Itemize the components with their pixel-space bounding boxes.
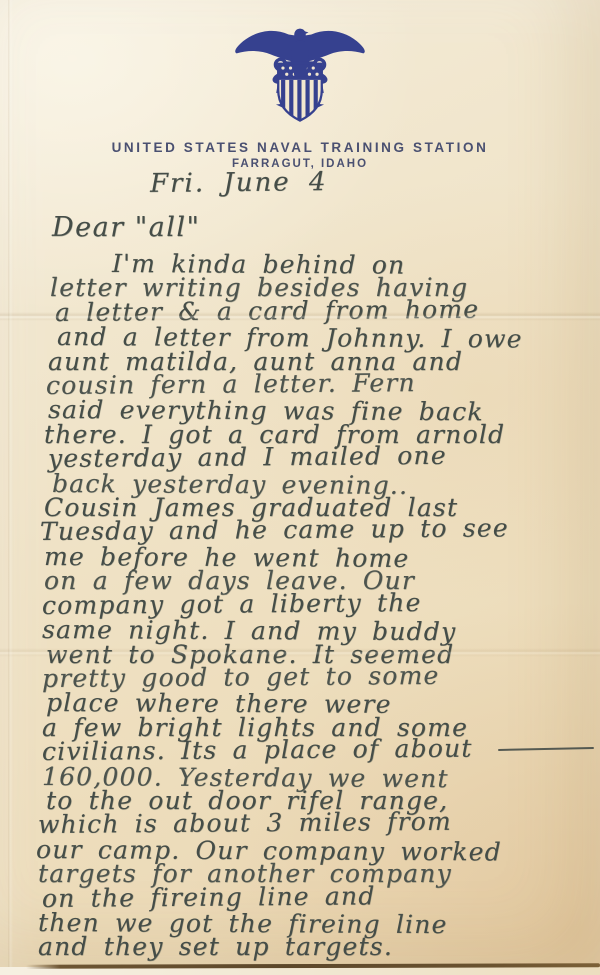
letter-line: said everything was fine back — [48, 398, 600, 425]
letter-line: which is about 3 miles from — [38, 809, 600, 838]
letter-line: same night. I and my buddy — [42, 618, 600, 645]
letter-line: back yesterday evening.. — [52, 472, 600, 499]
scan-bottom-strip — [0, 967, 600, 975]
letter-page: UNITED STATES NAVAL TRAINING STATION FAR… — [0, 0, 600, 975]
letter-line: then we got the fireing line — [38, 911, 600, 938]
letterhead: UNITED STATES NAVAL TRAINING STATION FAR… — [0, 22, 600, 170]
letter-line: our camp. Our company worked — [36, 838, 600, 865]
letter-body: I'm kinda behind on letter writing besid… — [0, 252, 600, 960]
letter-line: and a letter from Johnny. I owe — [57, 325, 600, 352]
salutation: Dear "all" — [52, 212, 200, 243]
letter-line: I'm kinda behind on — [112, 252, 600, 279]
letter-line: me before he went home — [44, 545, 600, 572]
letterhead-station-name: UNITED STATES NAVAL TRAINING STATION — [0, 140, 600, 155]
letter-line: a letter & a card from home — [55, 297, 600, 326]
letter-line: pretty good to get to some — [42, 663, 600, 692]
letter-line: 160,000. Yesterday we went — [42, 765, 600, 792]
letter-line: company got a liberty the — [42, 589, 600, 618]
navy-eagle-shield-anchors-emblem-icon — [0, 22, 600, 134]
letter-line: place where there were — [46, 691, 600, 718]
letter-line: on the fireing line and — [42, 882, 600, 911]
letter-line: yesterday and I mailed one — [48, 443, 600, 472]
handwritten-date: Fri. June 4 — [150, 167, 328, 199]
letter-line: and they set up targets. — [38, 935, 600, 959]
letter-line: cousin fern a letter. Fern — [46, 370, 600, 399]
letter-line: Tuesday and he came up to see — [40, 516, 600, 545]
